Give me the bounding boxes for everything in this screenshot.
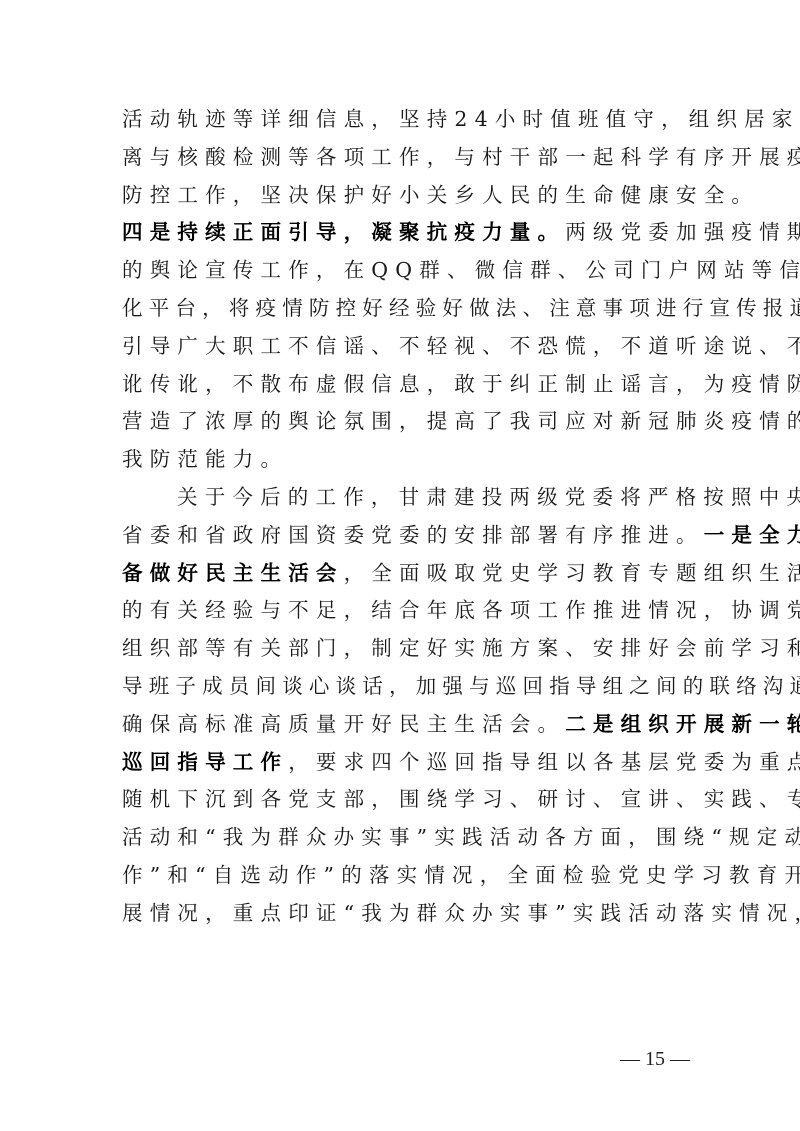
text-segment: 离与核酸检测等各项工作，与村干部一起科学有序开展疫情 (122, 145, 800, 169)
text-segment: 的舆论宣传工作，在QQ群、微信群、公司门户网站等信息 (122, 258, 800, 282)
text-line: 防控工作，坚决保护好小关乡人民的生命健康安全。 (122, 177, 682, 215)
text-line: 关于今后的工作，甘肃建投两级党委将严格按照中央、 (122, 479, 682, 517)
text-segment: 作”和“自选动作”的落实情况，全面检验党史学习教育开 (122, 863, 800, 887)
text-line: 导班子成员间谈心谈话，加强与巡回指导组之间的联络沟通， (122, 668, 682, 706)
bold-heading: 备做好民主生活会 (122, 561, 344, 585)
text-segment: 导班子成员间谈心谈话，加强与巡回指导组之间的联络沟通， (122, 674, 800, 698)
text-segment: 防控工作，坚决保护好小关乡人民的生命健康安全。 (122, 183, 759, 207)
text-line: 营造了浓厚的舆论氛围，提高了我司应对新冠肺炎疫情的自 (122, 403, 682, 441)
bold-heading: 巡回指导工作 (122, 750, 288, 774)
bold-heading: 一是全力筹 (704, 523, 800, 547)
text-segment: 化平台，将疫情防控好经验好做法、注意事项进行宣传报道， (122, 296, 800, 320)
text-line: 离与核酸检测等各项工作，与村干部一起科学有序开展疫情 (122, 139, 682, 177)
text-segment: 组织部等有关部门，制定好实施方案、安排好会前学习和领 (122, 636, 800, 660)
text-segment: 活动轨迹等详细信息，坚持24小时值班值守，组织居家隔 (122, 107, 800, 131)
text-line: 活动和“我为群众办实事”实践活动各方面，围绕“规定动 (122, 819, 682, 857)
text-line: 讹传讹，不散布虚假信息，敢于纠正制止谣言，为疫情防控 (122, 366, 682, 404)
page-number: — 15 — (600, 1048, 710, 1071)
text-segment: 省委和省政府国资委党委的安排部署有序推进。 (122, 523, 704, 547)
text-segment: 营造了浓厚的舆论氛围，提高了我司应对新冠肺炎疫情的自 (122, 409, 800, 433)
text-line: 备做好民主生活会，全面吸取党史学习教育专题组织生活会 (122, 555, 682, 593)
text-segment: 确保高标准高质量开好民主生活会。 (122, 712, 565, 736)
text-line: 四是持续正面引导，凝聚抗疫力量。两级党委加强疫情期间 (122, 214, 682, 252)
document-body: 活动轨迹等详细信息，坚持24小时值班值守，组织居家隔 离与核酸检测等各项工作，与… (122, 101, 682, 933)
text-line: 引导广大职工不信谣、不轻视、不恐慌，不道听途说、不以 (122, 328, 682, 366)
text-line: 展情况，重点印证“我为群众办实事”实践活动落实情况， (122, 895, 682, 933)
text-segment: 讹传讹，不散布虚假信息，敢于纠正制止谣言，为疫情防控 (122, 372, 800, 396)
text-segment: 我防范能力。 (122, 447, 288, 471)
text-line: 我防范能力。 (122, 441, 682, 479)
text-line: 化平台，将疫情防控好经验好做法、注意事项进行宣传报道， (122, 290, 682, 328)
text-line: 的舆论宣传工作，在QQ群、微信群、公司门户网站等信息 (122, 252, 682, 290)
text-line: 确保高标准高质量开好民主生活会。二是组织开展新一轮的 (122, 706, 682, 744)
text-line: 随机下沉到各党支部，围绕学习、研讨、宣讲、实践、专项 (122, 781, 682, 819)
text-segment: 展情况，重点印证“我为群众办实事”实践活动落实情况， (122, 901, 800, 925)
text-line: 组织部等有关部门，制定好实施方案、安排好会前学习和领 (122, 630, 682, 668)
text-line: 省委和省政府国资委党委的安排部署有序推进。一是全力筹 (122, 517, 682, 555)
text-line: 作”和“自选动作”的落实情况，全面检验党史学习教育开 (122, 857, 682, 895)
text-segment: 的有关经验与不足，结合年底各项工作推进情况，协调党委 (122, 598, 800, 622)
text-segment: 随机下沉到各党支部，围绕学习、研讨、宣讲、实践、专项 (122, 787, 800, 811)
text-segment: ，全面吸取党史学习教育专题组织生活会 (344, 561, 800, 585)
document-page: 活动轨迹等详细信息，坚持24小时值班值守，组织居家隔 离与核酸检测等各项工作，与… (0, 0, 800, 1131)
text-segment: ，要求四个巡回指导组以各基层党委为重点， (288, 750, 800, 774)
text-line: 的有关经验与不足，结合年底各项工作推进情况，协调党委 (122, 592, 682, 630)
text-segment: 引导广大职工不信谣、不轻视、不恐慌，不道听途说、不以 (122, 334, 800, 358)
text-segment: 关于今后的工作，甘肃建投两级党委将严格按照中央、 (177, 485, 800, 509)
text-line: 活动轨迹等详细信息，坚持24小时值班值守，组织居家隔 (122, 101, 682, 139)
text-segment: 活动和“我为群众办实事”实践活动各方面，围绕“规定动 (122, 825, 800, 849)
text-segment: 两级党委加强疫情期间 (565, 220, 800, 244)
bold-heading: 四是持续正面引导，凝聚抗疫力量。 (122, 220, 565, 244)
bold-heading: 二是组织开展新一轮的 (565, 712, 800, 736)
text-line: 巡回指导工作，要求四个巡回指导组以各基层党委为重点， (122, 744, 682, 782)
